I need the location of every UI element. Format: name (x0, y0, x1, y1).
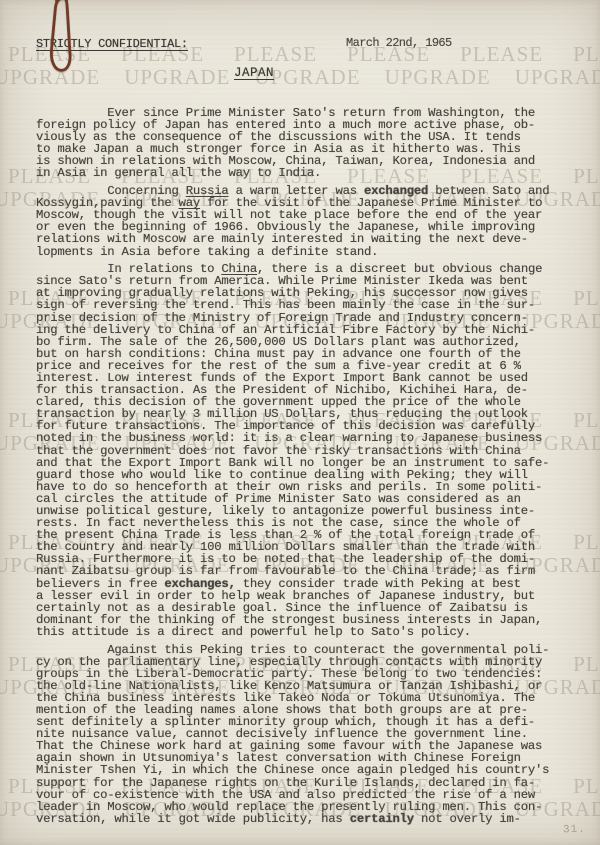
watermark-word: PLEASE (573, 44, 600, 65)
watermark-word: PLEASE (573, 288, 600, 309)
watermark-word: PLEASE (234, 44, 317, 65)
document-page: PLEASEPLEASEPLEASEPLEASEPLEASEPLEASEUPGR… (0, 0, 600, 845)
watermark-word: PLEASE (573, 166, 600, 187)
document-date: March 22nd, 1965 (346, 36, 452, 50)
page-number: 31. (563, 824, 586, 837)
page-title: JAPAN (234, 66, 274, 80)
watermark-word: UPGRADE (124, 67, 230, 88)
watermark-word: PLEASE (573, 776, 600, 797)
watermark-word: PLEASE (573, 532, 600, 553)
watermark-word: UPGRADE (385, 67, 491, 88)
watermark-word: PLEASE (573, 410, 600, 431)
paragraph: In relations to China, there is a discre… (36, 263, 576, 638)
paperclip-icon (42, 0, 82, 84)
watermark-word: PLEASE (573, 654, 600, 675)
watermark-word: PLEASE (460, 44, 543, 65)
watermark-row: UPGRADEUPGRADEUPGRADEUPGRADEUPGRADEUPGRA… (0, 67, 600, 88)
paragraph: Against this Peking tries to counteract … (36, 644, 576, 825)
document-body: Ever since Prime Minister Sato's return … (36, 107, 576, 830)
paragraph: Concerning Russia a warm letter was exch… (36, 185, 576, 258)
watermark-word: UPGRADE (515, 67, 600, 88)
paragraph: Ever since Prime Minister Sato's return … (36, 107, 576, 180)
